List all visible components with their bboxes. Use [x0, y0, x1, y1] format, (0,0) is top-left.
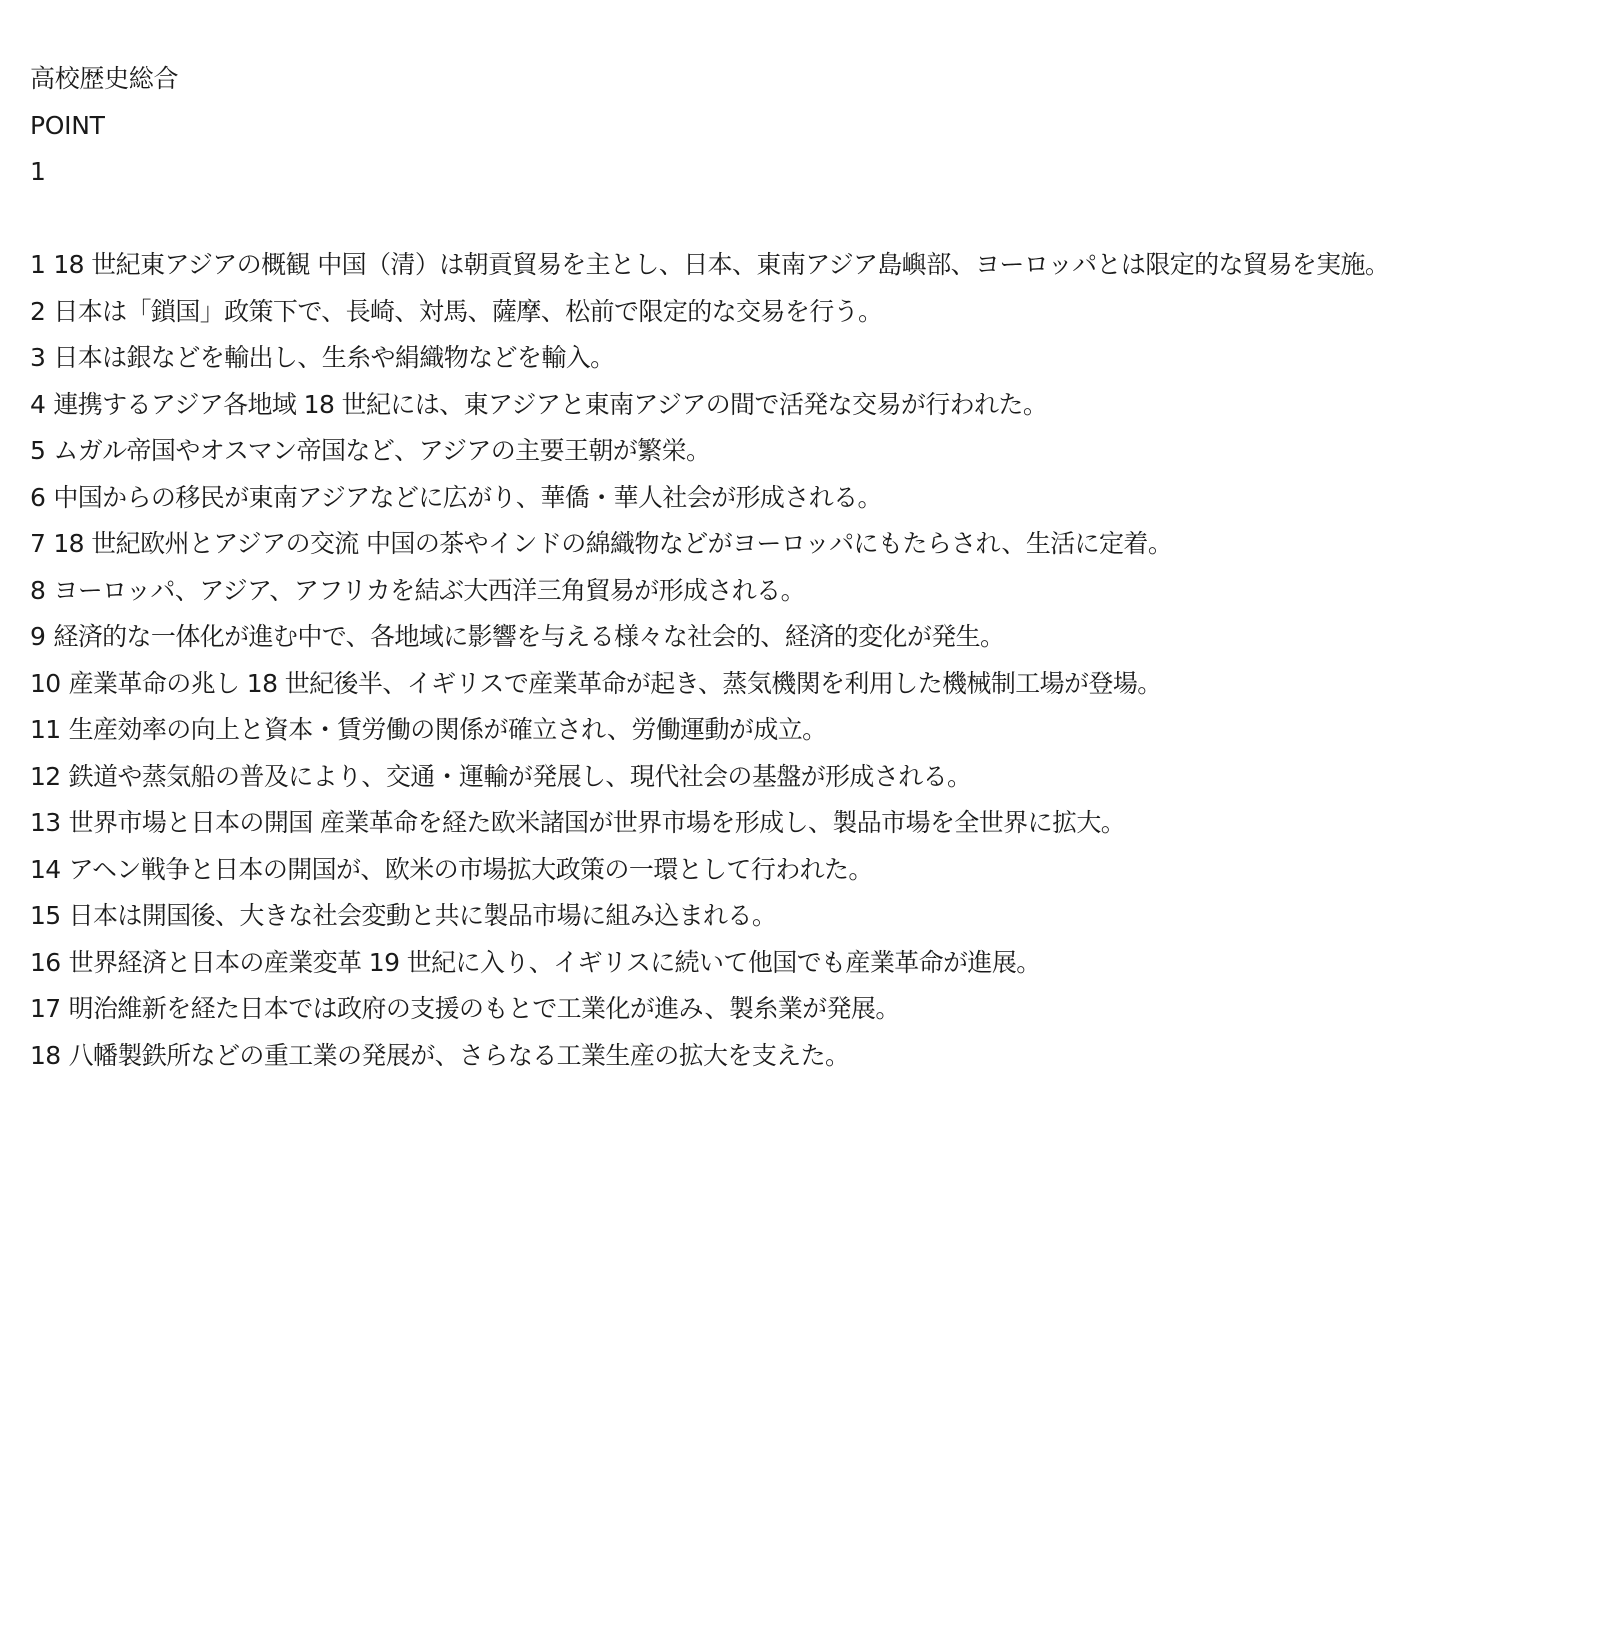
point-item-text: 世界経済と日本の産業変革 19 世紀に入り、イギリスに続いて他国でも産業革命が進… — [69, 948, 1041, 977]
point-item-number: 14 — [30, 855, 61, 884]
point-item: 4連携するアジア各地域 18 世紀には、東アジアと東南アジアの間で活発な交易が行… — [30, 382, 1570, 429]
blank-line — [30, 196, 1570, 243]
point-item: 16世界経済と日本の産業変革 19 世紀に入り、イギリスに続いて他国でも産業革命… — [30, 940, 1570, 987]
point-item: 8ヨーロッパ、アジア、アフリカを結ぶ大西洋三角貿易が形成される。 — [30, 568, 1570, 615]
point-item: 5ムガル帝国やオスマン帝国など、アジアの主要王朝が繁栄。 — [30, 428, 1570, 475]
point-item: 6中国からの移民が東南アジアなどに広がり、華僑・華人社会が形成される。 — [30, 475, 1570, 522]
point-number: 1 — [30, 149, 1570, 196]
point-item-text: 18 世紀欧州とアジアの交流 中国の茶やインドの綿織物などがヨーロッパにもたらさ… — [53, 529, 1172, 558]
document: 高校歴史総合 POINT 1 118 世紀東アジアの概観 中国（清）は朝貢貿易を… — [30, 56, 1570, 1079]
point-item-number: 15 — [30, 901, 61, 930]
point-item: 18八幡製鉄所などの重工業の発展が、さらなる工業生産の拡大を支えた。 — [30, 1033, 1570, 1080]
point-item-text: ムガル帝国やオスマン帝国など、アジアの主要王朝が繁栄。 — [53, 436, 710, 465]
point-item: 14アヘン戦争と日本の開国が、欧米の市場拡大政策の一環として行われた。 — [30, 847, 1570, 894]
point-item: 3日本は銀などを輸出し、生糸や絹織物などを輸入。 — [30, 335, 1570, 382]
point-item-number: 7 — [30, 529, 45, 558]
point-item-number: 5 — [30, 436, 45, 465]
point-item-text: 世界市場と日本の開国 産業革命を経た欧米諸国が世界市場を形成し、製品市場を全世界… — [69, 808, 1126, 837]
point-item-text: 中国からの移民が東南アジアなどに広がり、華僑・華人社会が形成される。 — [53, 483, 882, 512]
point-item-text: 日本は「鎖国」政策下で、長崎、対馬、薩摩、松前で限定的な交易を行う。 — [53, 297, 882, 326]
point-item-number: 12 — [30, 762, 61, 791]
point-item-text: 連携するアジア各地域 18 世紀には、東アジアと東南アジアの間で活発な交易が行わ… — [53, 390, 1047, 419]
point-item-number: 2 — [30, 297, 45, 326]
point-item-text: アヘン戦争と日本の開国が、欧米の市場拡大政策の一環として行われた。 — [69, 855, 873, 884]
point-item: 118 世紀東アジアの概観 中国（清）は朝貢貿易を主とし、日本、東南アジア島嶼部… — [30, 242, 1570, 289]
point-item-number: 4 — [30, 390, 45, 419]
point-item-text: 日本は開国後、大きな社会変動と共に製品市場に組み込まれる。 — [69, 901, 777, 930]
point-item-text: 生産効率の向上と資本・賃労働の関係が確立され、労働運動が成立。 — [69, 715, 827, 744]
point-item-number: 3 — [30, 343, 45, 372]
point-item-text: 日本は銀などを輸出し、生糸や絹織物などを輸入。 — [53, 343, 614, 372]
point-item-number: 18 — [30, 1041, 61, 1070]
point-item-text: 18 世紀東アジアの概観 中国（清）は朝貢貿易を主とし、日本、東南アジア島嶼部、… — [53, 250, 1389, 279]
point-list: 118 世紀東アジアの概観 中国（清）は朝貢貿易を主とし、日本、東南アジア島嶼部… — [30, 242, 1570, 1079]
point-item: 9経済的な一体化が進む中で、各地域に影響を与える様々な社会的、経済的変化が発生。 — [30, 614, 1570, 661]
point-item: 10産業革命の兆し 18 世紀後半、イギリスで産業革命が起き、蒸気機関を利用した… — [30, 661, 1570, 708]
subject-title: 高校歴史総合 — [30, 56, 1570, 103]
point-item: 718 世紀欧州とアジアの交流 中国の茶やインドの綿織物などがヨーロッパにもたら… — [30, 521, 1570, 568]
point-item-number: 9 — [30, 622, 45, 651]
point-item: 12鉄道や蒸気船の普及により、交通・運輸が発展し、現代社会の基盤が形成される。 — [30, 754, 1570, 801]
point-item-text: 鉄道や蒸気船の普及により、交通・運輸が発展し、現代社会の基盤が形成される。 — [69, 762, 972, 791]
point-item-number: 1 — [30, 250, 45, 279]
point-item-text: 経済的な一体化が進む中で、各地域に影響を与える様々な社会的、経済的変化が発生。 — [53, 622, 1004, 651]
point-item-number: 10 — [30, 669, 61, 698]
point-label: POINT — [30, 103, 1570, 150]
point-item-number: 16 — [30, 948, 61, 977]
point-item: 15日本は開国後、大きな社会変動と共に製品市場に組み込まれる。 — [30, 893, 1570, 940]
point-item-text: 明治維新を経た日本では政府の支援のもとで工業化が進み、製糸業が発展。 — [69, 994, 900, 1023]
point-item-number: 8 — [30, 576, 45, 605]
point-item: 2日本は「鎖国」政策下で、長崎、対馬、薩摩、松前で限定的な交易を行う。 — [30, 289, 1570, 336]
point-item-text: ヨーロッパ、アジア、アフリカを結ぶ大西洋三角貿易が形成される。 — [53, 576, 805, 605]
point-item-number: 6 — [30, 483, 45, 512]
point-item: 11生産効率の向上と資本・賃労働の関係が確立され、労働運動が成立。 — [30, 707, 1570, 754]
point-item-text: 八幡製鉄所などの重工業の発展が、さらなる工業生産の拡大を支えた。 — [69, 1041, 850, 1070]
point-item-number: 13 — [30, 808, 61, 837]
point-item-text: 産業革命の兆し 18 世紀後半、イギリスで産業革命が起き、蒸気機関を利用した機械… — [69, 669, 1162, 698]
point-item-number: 17 — [30, 994, 61, 1023]
point-item: 17明治維新を経た日本では政府の支援のもとで工業化が進み、製糸業が発展。 — [30, 986, 1570, 1033]
point-item: 13世界市場と日本の開国 産業革命を経た欧米諸国が世界市場を形成し、製品市場を全… — [30, 800, 1570, 847]
point-item-number: 11 — [30, 715, 61, 744]
